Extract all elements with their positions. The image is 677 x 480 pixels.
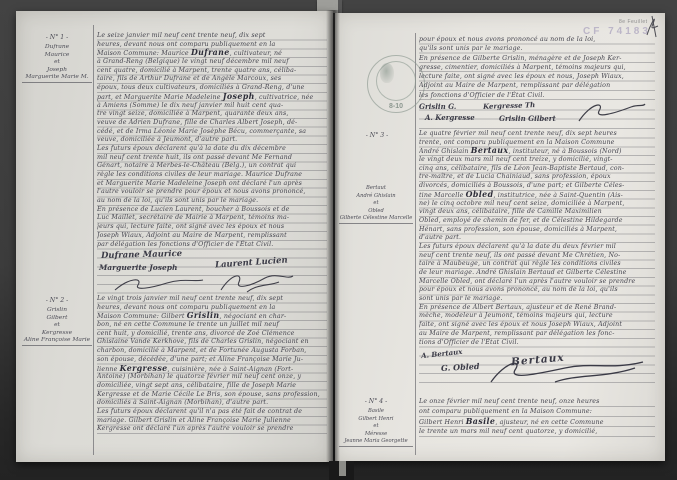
margin-note-record-3-names: BertautAndré GhislainetObledGilberte Cél…: [339, 185, 413, 224]
signature-flourish-icon: [485, 356, 649, 386]
manuscript-line: ont comparu publiquement en la Maison Co…: [419, 407, 655, 417]
marianne-head-icon: [380, 63, 394, 83]
margin-line: Gilberte Célestine Marcelle: [339, 215, 413, 224]
manuscript-line: le vingt deux mars mil neuf cent treize,…: [419, 156, 655, 165]
margin-line: Maurice: [22, 52, 92, 60]
manuscript-line: taire, fils de Arthur Dufrane et de Angè…: [97, 75, 327, 84]
manuscript-line: charbon, domicilié à Marpent, et de Fort…: [97, 347, 327, 356]
margin-line: Méresse: [339, 431, 413, 439]
signature: Marguerite Joseph: [99, 263, 177, 272]
margin-note-record-2: - N° 2 - GrislinGilbertetKergresseAline …: [22, 296, 92, 346]
manuscript-line: Le seize janvier mil neuf cent trente ne…: [97, 32, 327, 41]
record-1-body: Le seize janvier mil neuf cent trente ne…: [97, 32, 327, 250]
manuscript-line: Le quatre février mil neuf cent trente n…: [419, 130, 655, 139]
margin-line: Gilbert Henri: [339, 416, 413, 424]
manuscript-line: domiciliée, vingt sept ans, célibataire,…: [97, 382, 327, 391]
scanned-register-spread: - N° 1 - DufraneMauriceetJosephMarguerit…: [0, 0, 677, 480]
manuscript-line: bon, né en cette Commune le trente un ju…: [97, 321, 327, 330]
signature: A. Bertaux: [421, 348, 463, 360]
record-number: - N° 3 -: [343, 131, 411, 140]
manuscript-line: veuve, domiciliée à Jeumont, d'autre par…: [97, 136, 327, 145]
manuscript-line: lecture faite, ont signé avec les époux …: [419, 72, 655, 81]
manuscript-line: part, et Marguerite Marie Madeleine Jose…: [97, 93, 327, 102]
manuscript-line: Les futurs époux déclarent qu'à la date …: [97, 145, 327, 154]
signature: Kergresse Th: [483, 101, 535, 111]
margin-line: Gilbert: [22, 315, 92, 323]
manuscript-line: à Grand-Reng (Belgique) le vingt neuf dé…: [97, 58, 327, 67]
manuscript-line: pour époux et nous avons prononcé au nom…: [419, 35, 655, 44]
signature: Laurent Lucien: [215, 255, 288, 270]
signature-flourish-icon: [217, 270, 295, 294]
manuscript-line: sont unis par le mariage.: [419, 295, 655, 304]
manuscript-line: vingt deux ans, célibataire, fille de Ca…: [419, 208, 655, 217]
manuscript-line: les fonctions d'Officier de l'État Civil…: [419, 91, 655, 100]
record-number: - N° 2 -: [22, 296, 92, 305]
margin-line: et: [339, 423, 413, 431]
margin-names: BertautAndré GhislainetObledGilberte Cél…: [339, 185, 413, 224]
margin-line: Basile: [339, 408, 413, 416]
manuscript-line: par délégation les fonctions d'Officier …: [97, 241, 327, 250]
record-4-body: Le onze février mil neuf cent trente neu…: [419, 397, 655, 437]
manuscript-line: qu'ils sont unis par le mariage.: [419, 44, 655, 53]
signature: G. Obled: [441, 361, 480, 373]
manuscript-line: Le onze février mil neuf cent trente neu…: [419, 397, 655, 407]
manuscript-line: veuve de Adrien Dufrane, fille de Charle…: [97, 119, 327, 128]
margin-note-record-4: - N° 4 - BasileGilbert HenrietMéresseJea…: [339, 397, 413, 447]
manuscript-line: Les futurs époux déclarent qu'il n'a pas…: [97, 408, 327, 417]
manuscript-line: Hénart, sans profession, son épouse, dom…: [419, 226, 655, 235]
manuscript-line: Maison Commune: Gilbert Grislin, négocia…: [97, 312, 327, 321]
signature: Grislin G.: [419, 102, 456, 111]
manuscript-line: gresse, cimentier, domiciliés à Marpent,…: [419, 63, 655, 72]
manuscript-line: Luc Maillet, secrétaire de Mairie à Marp…: [97, 214, 327, 223]
margin-names: DufraneMauriceetJosephMarguerite Marie M…: [22, 44, 92, 83]
record-3-body: Le quatre février mil neuf cent trente n…: [419, 130, 655, 348]
manuscript-line: Génart, notaire à Merbes-le-Château (Bel…: [97, 162, 327, 171]
margin-line: Dufrane: [22, 44, 92, 52]
manuscript-line: Marcelle Obled, ont déclaré l'un après l…: [419, 278, 655, 287]
margin-names: GrislinGilbertetKergresseAline Françoise…: [22, 307, 92, 346]
manuscript-line: tions d'Officier de l'État Civil.: [419, 339, 655, 348]
manuscript-line: jeurs qui, lecture faite, ont signé avec…: [97, 223, 327, 232]
manuscript-line: En présence de Lucien Laurent, boucher à…: [97, 206, 327, 215]
margin-line: Kergresse: [22, 330, 92, 338]
binder-tab-bottom-sliver: [339, 461, 346, 476]
margin-names: BasileGilbert HenrietMéresseJeanne Maria…: [339, 408, 413, 447]
manuscript-line: faite, ont signé avec les époux et nous …: [419, 321, 655, 330]
margin-note-record-1: - N° 1 - DufraneMauriceetJosephMarguerit…: [22, 33, 92, 83]
record-2-continuation: pour époux et nous avons prononcé au nom…: [419, 35, 655, 101]
manuscript-line: taire à Maubeuge, un contrat qui règle l…: [419, 260, 655, 269]
record-2-body: Le vingt trois janvier mil neuf cent tre…: [97, 295, 327, 435]
manuscript-line: Joseph Wiaux, Adjoint au Maire de Marpen…: [97, 232, 327, 241]
manuscript-line: André Ghislain Bertaux, instituteur, né …: [419, 147, 655, 156]
manuscript-line: divorcés, domiciliés à Boussois, d'une p…: [419, 182, 655, 191]
manuscript-line: Obled, employé de chemin de fer, et de C…: [419, 217, 655, 226]
margin-line: Grislin: [22, 307, 92, 315]
manuscript-line: Kergresse et de Marie Cécile Le Bris, so…: [97, 391, 327, 400]
manuscript-line: Le vingt trois janvier mil neuf cent tre…: [97, 295, 327, 304]
manuscript-line: Antoine) (Morbihan) le quatorze février …: [97, 373, 327, 382]
manuscript-line: ne) le cinq octobre mil neuf cent seize,…: [419, 200, 655, 209]
manuscript-line: cent huit, y domicilié, trente ans, divo…: [97, 330, 327, 339]
manuscript-line: trente, ont comparu publiquement en la M…: [419, 139, 655, 148]
signature: Grislin Gilbert: [499, 114, 556, 123]
signature-flourish-icon: [575, 101, 647, 125]
signature: Dufrane Maurice: [101, 250, 182, 261]
manuscript-line: règle les conditions civiles de leur mar…: [97, 171, 327, 180]
manuscript-line: cédé, et de Irma Léonie Marie Josèphe Bé…: [97, 128, 327, 137]
manuscript-line: d'autre part.: [419, 234, 655, 243]
manuscript-line: et Marguerite Marie Madeleine Joseph ont…: [97, 180, 327, 189]
right-page: 8e Feuillet CF 74183 8-10 pour époux et …: [335, 13, 665, 461]
manuscript-line: En présence de Albert Bertaux, ajusteur …: [419, 304, 655, 313]
margin-note-record-3-number: - N° 3 -: [343, 131, 411, 142]
margin-line: André Ghislain: [339, 193, 413, 201]
manuscript-line: Ghislaine Vande Kerkhove, fils de Charle…: [97, 338, 327, 347]
left-page: - N° 1 - DufraneMauriceetJosephMarguerit…: [16, 11, 333, 462]
manuscript-line: En présence de Gilberte Grislin, ménagèr…: [419, 54, 655, 63]
manuscript-line: au nom de la loi, qu'ils sont unis par l…: [97, 197, 327, 206]
manuscript-line: Les futurs époux déclarent qu'à la date …: [419, 243, 655, 252]
manuscript-line: au Maire de Marpent, remplissant par dél…: [419, 330, 655, 339]
margin-line: et: [22, 322, 92, 330]
signature-flourish-icon: [113, 276, 205, 294]
record-1-signatures: Dufrane MauriceMarguerite JosephLaurent …: [97, 250, 327, 295]
manuscript-line: mil neuf cent trente huit, ils ont passé…: [97, 154, 327, 163]
margin-rule: [93, 25, 94, 455]
manuscript-line: tine Marcelle Obled, institutrice, née à…: [419, 191, 655, 200]
manuscript-line: Kergresse ont déclaré l'un après l'autre…: [97, 425, 327, 434]
margin-line: et: [339, 200, 413, 208]
manuscript-line: l'autre vouloir se prendre pour époux et…: [97, 188, 327, 197]
manuscript-line: neuf cent trente neuf, ils ont passé dev…: [419, 252, 655, 261]
manuscript-line: mèche, modeleur à Jeumont, témoins majeu…: [419, 312, 655, 321]
manuscript-line: domiciliés à Saint-Aignan (Morbihan), d'…: [97, 399, 327, 408]
stamp-value: 8-10: [368, 103, 424, 110]
manuscript-line: Adjoint au Maire de Marpent, remplissant…: [419, 81, 655, 90]
manuscript-line: mariage. Gilbert Grislin et Aline Franço…: [97, 417, 327, 426]
manuscript-line: à Amiens (Somme) le dix neuf janvier mil…: [97, 102, 327, 111]
margin-line: Joseph: [22, 67, 92, 75]
manuscript-line: pour époux et nous avons prononcé, au no…: [419, 286, 655, 295]
margin-line: et: [22, 59, 92, 67]
record-number: - N° 4 -: [339, 397, 413, 406]
manuscript-line: tre-maître, et de Lucia Chainiaud, sans …: [419, 173, 655, 182]
manuscript-line: lienne Kergresse, cuisinière, née à Sain…: [97, 365, 327, 374]
manuscript-line: de leur mariage. André Ghislain Bertaud …: [419, 269, 655, 278]
manuscript-line: époux, tous deux cultivateurs, domicilié…: [97, 84, 327, 93]
record-2-signatures: Grislin G.Kergresse ThA. KergresseGrisli…: [419, 101, 655, 129]
margin-line: Aline Françoise Marie: [22, 337, 92, 346]
manuscript-line: cinq ans, célibataire, fils de Léon Jean…: [419, 165, 655, 174]
manuscript-line: Maison Commune: Maurice Dufrane, cultiva…: [97, 49, 327, 58]
record-3-signatures: A. BertauxG. ObledBertaux: [419, 348, 655, 388]
margin-line: Bertaut: [339, 185, 413, 193]
manuscript-line: le trente un mars mil neuf cent quatorze…: [419, 427, 655, 437]
manuscript-line: tre vingt seize, domiciliée à Marpent, q…: [97, 110, 327, 119]
marianne-revenue-stamp-icon: 8-10: [367, 55, 425, 113]
margin-line: Marguerite Marie M.: [22, 74, 92, 83]
manuscript-line: Gilbert Henri Basile, ajusteur, né en ce…: [419, 417, 655, 427]
record-number: - N° 1 -: [22, 33, 92, 42]
signature: A. Kergresse: [425, 113, 475, 122]
margin-line: Jeanne Maria Georgette: [339, 438, 413, 447]
manuscript-line: cent quatre, domicilié à Marpent, trente…: [97, 67, 327, 76]
